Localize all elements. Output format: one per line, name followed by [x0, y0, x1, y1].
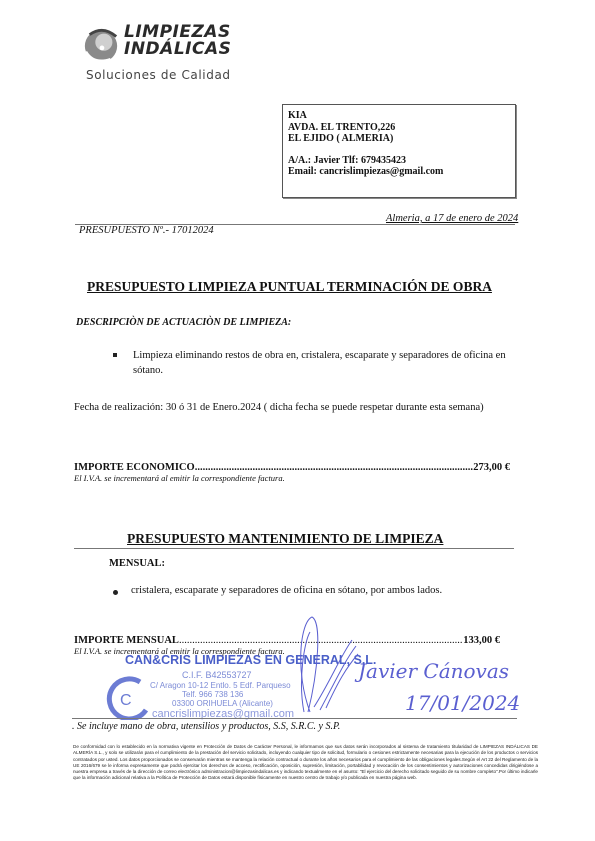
section1-title: PRESUPUESTO LIMPIEZA PUNTUAL TERMINACIÓN…	[87, 279, 492, 295]
section1-amount-label: IMPORTE ECONOMICO	[74, 462, 195, 473]
recipient-address: AVDA. EL TRENTO,226	[288, 122, 515, 134]
section1-vat-note: El I.V.A. se incrementará al emitir la c…	[74, 473, 510, 483]
section1-item: Limpieza eliminando restos de obra en, c…	[133, 348, 508, 378]
svg-text:C: C	[120, 692, 132, 709]
section1-amount-row: IMPORTE ECONOMICO ......................…	[74, 462, 510, 483]
leader-dots: ........................................…	[195, 462, 474, 473]
round-bullet-icon	[113, 590, 118, 595]
section2-item: cristalera, escaparate y separadores de …	[131, 585, 442, 596]
stamp-city: 03300 ORIHUELA (Alicante)	[172, 699, 273, 708]
logo-tagline: Soluciones de Calidad	[86, 68, 231, 82]
stamp-logo-icon: C	[100, 676, 156, 720]
logo-brand: LIMPIEZAS INDÁLICAS	[124, 24, 231, 58]
recipient-city: EL EJIDO ( ALMERIA)	[288, 133, 515, 145]
data-protection-notice: De conformidad con lo establecido en la …	[73, 744, 538, 782]
section2-divider	[74, 548, 514, 549]
section1-description-heading: DESCRIPCIÒN DE ACTUACIÒN DE LIMPIEZA:	[76, 317, 291, 328]
section2-frequency: MENSUAL:	[109, 558, 165, 569]
stamp-phone: Telf. 966 738 136	[182, 690, 243, 699]
logo-brand-line2: INDÁLICAS	[124, 41, 231, 58]
signature-date: 17/01/2024	[405, 691, 520, 715]
budget-number: PRESUPUESTO Nº.- 17012024	[79, 225, 214, 236]
includes-note: . Se incluye mano de obra, utensilios y …	[72, 721, 340, 732]
section1-date-note: Fecha de realización: 30 ó 31 de Enero.2…	[74, 402, 484, 413]
swirl-logo-icon	[82, 27, 120, 65]
stamp-street: C/ Aragon 10-12 Entlo. 5 Edf. Parqueso	[150, 681, 291, 690]
handwritten-signature: Javier Cánovas 17/01/2024	[290, 612, 540, 722]
section2-amount-label: IMPORTE MENSUAL	[74, 635, 179, 646]
section2-title: PRESUPUESTO MANTENIMIENTO DE LIMPIEZA	[127, 531, 443, 547]
recipient-address-box: KIA AVDA. EL TRENTO,226 EL EJIDO ( ALMER…	[282, 104, 516, 198]
square-bullet-icon	[113, 353, 117, 357]
document-date: Almeria, a 17 de enero de 2024	[386, 213, 518, 224]
recipient-company: KIA	[288, 110, 515, 122]
section1-amount-value: 273,00 €	[473, 462, 510, 473]
recipient-contact: A/A.: Javier Tlf: 679435423	[288, 155, 515, 167]
includes-divider	[72, 718, 517, 719]
stamp-cif: C.I.F. B42553727	[182, 670, 252, 680]
signature-name: Javier Cánovas	[354, 659, 509, 683]
recipient-email: Email: cancrislimpiezas@gmail.com	[288, 166, 515, 178]
